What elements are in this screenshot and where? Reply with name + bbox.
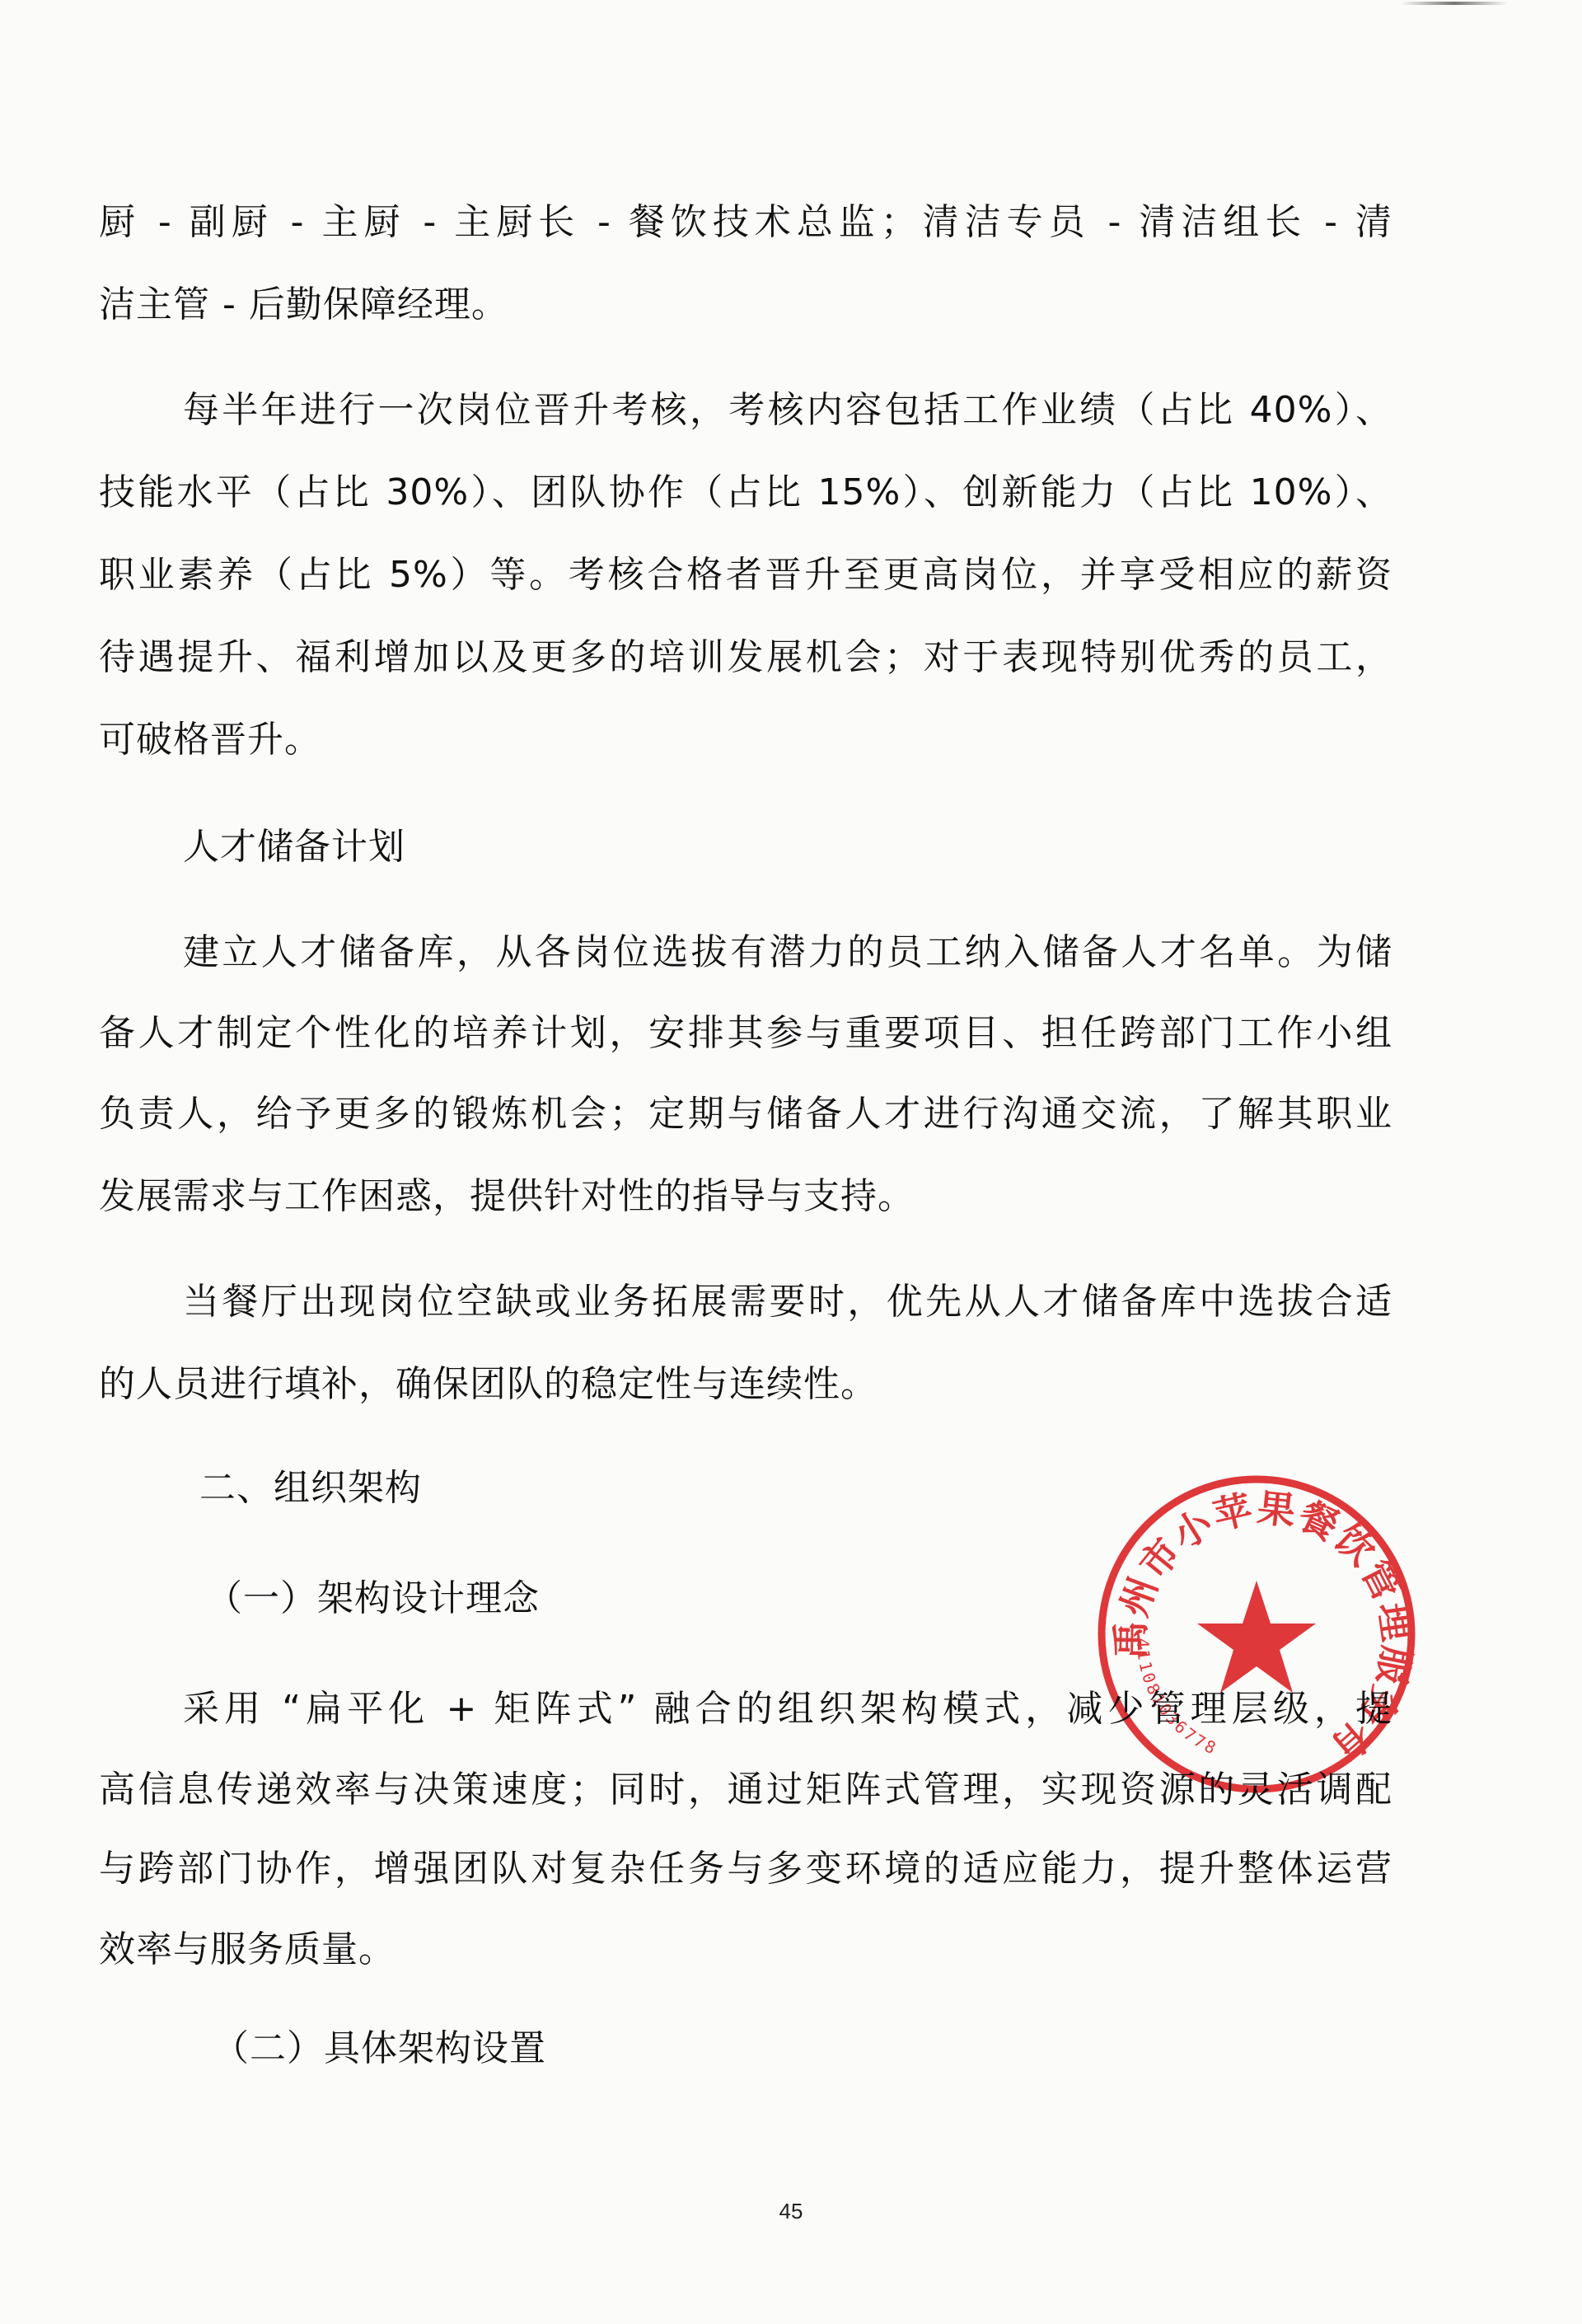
page-number: 45: [0, 2199, 1582, 2224]
subheading-talent-reserve: 人才储备计划: [183, 824, 405, 870]
paragraph-line: 技能水平（占比 30%）、团队协作（占比 15%）、创新能力（占比 10%）、: [99, 470, 1392, 516]
paragraph-line: 负责人，给予更多的锻炼机会；定期与储备人才进行沟通交流，了解其职业: [99, 1091, 1392, 1137]
paragraph-line: 厨 - 副厨 - 主厨 - 主厨长 - 餐饮技术总监；清洁专员 - 清洁组长 -…: [99, 199, 1392, 246]
subheading-design-concept: （一）架构设计理念: [206, 1576, 540, 1622]
paragraph-line: 的人员进行填补，确保团队的稳定性与连续性。: [99, 1361, 1392, 1408]
company-seal: 禹州市小苹果餐饮管理服务有限公司 4110810367785: [1088, 1465, 1425, 1803]
paragraph-line: 待遇提升、福利增加以及更多的培训发展机会；对于表现特别优秀的员工，: [99, 635, 1392, 681]
scan-artifact: [1401, 2, 1508, 5]
subheading-structure-setup: （二）具体架构设置: [213, 2026, 546, 2072]
paragraph-line: 发展需求与工作困惑，提供针对性的指导与支持。: [99, 1174, 1392, 1220]
paragraph-line: 可破格晋升。: [99, 717, 1392, 763]
section-heading-organization: 二、组织架构: [199, 1465, 422, 1511]
paragraph-line: 当餐厅出现岗位空缺或业务拓展需要时，优先从人才储备库中选拔合适: [183, 1279, 1392, 1325]
paragraph-line: 建立人才储备库，从各岗位选拔有潜力的员工纳入储备人才名单。为储: [183, 930, 1392, 976]
paragraph-line: 每半年进行一次岗位晋升考核，考核内容包括工作业绩（占比 40%）、: [183, 387, 1392, 433]
document-page: 厨 - 副厨 - 主厨 - 主厨长 - 餐饮技术总监；清洁专员 - 清洁组长 -…: [0, 0, 1582, 2324]
star-icon: [1197, 1581, 1316, 1693]
paragraph-line: 洁主管 - 后勤保障经理。: [99, 282, 1392, 328]
paragraph-line: 效率与服务质量。: [99, 1927, 1392, 1973]
paragraph-line: 职业素养（占比 5%）等。考核合格者晋升至更高岗位，并享受相应的薪资: [99, 552, 1392, 598]
paragraph-line: 备人才制定个性化的培养计划，安排其参与重要项目、担任跨部门工作小组: [99, 1010, 1392, 1057]
paragraph-line: 与跨部门协作，增强团队对复杂任务与多变环境的适应能力，提升整体运营: [99, 1846, 1392, 1892]
